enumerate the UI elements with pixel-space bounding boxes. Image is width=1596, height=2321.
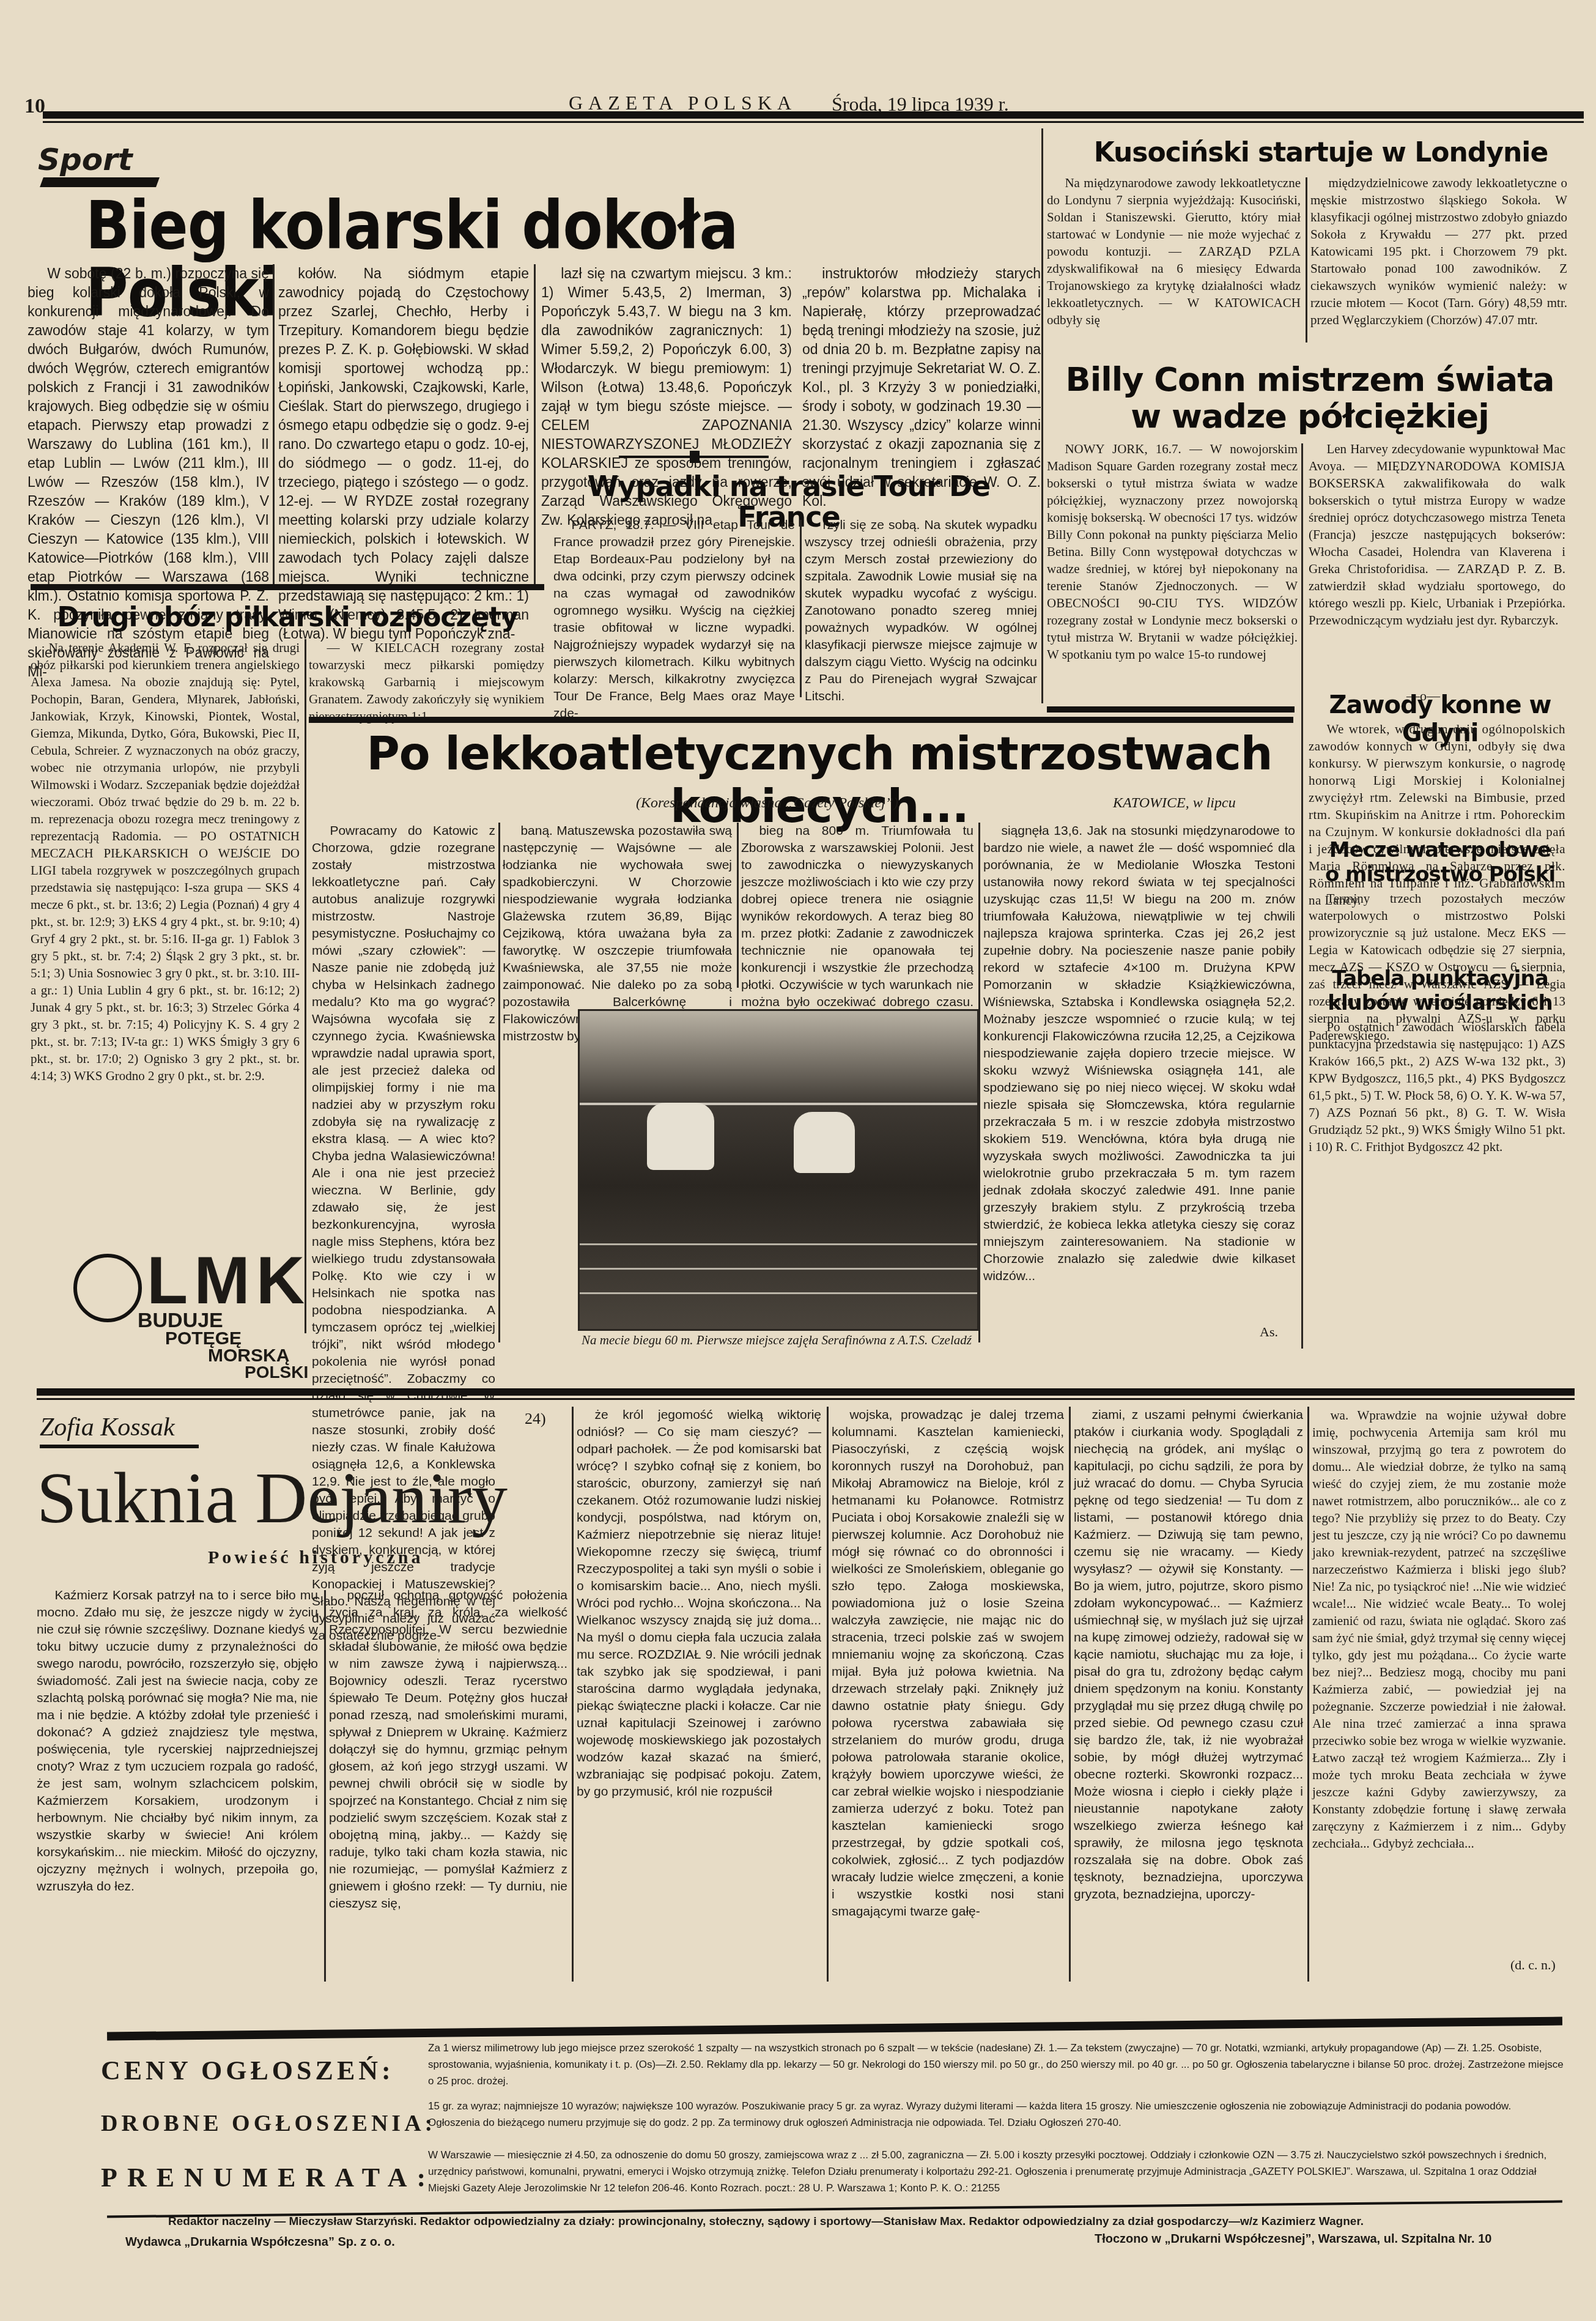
ceny-text: Za 1 wiersz milimetrowy lub jego miejsce… bbox=[428, 2040, 1565, 2089]
column-divider bbox=[1307, 1407, 1309, 1982]
serial-col-4: wojska, prowadząc je dalej trzema kolumn… bbox=[832, 1407, 1064, 1920]
column-divider bbox=[1306, 177, 1307, 342]
column-divider bbox=[572, 1407, 574, 1982]
billy-col-1: NOWY JORK, 16.7. — W nowojorskim Madison… bbox=[1047, 440, 1298, 663]
headline-kobiety: Po lekkoatletycznych mistrzostwach kobie… bbox=[342, 728, 1296, 833]
headline-waterpolo-2: o mistrzostwo Polski bbox=[1306, 862, 1575, 887]
column-divider bbox=[1301, 443, 1303, 1349]
column-divider bbox=[800, 520, 802, 697]
drobne-text: 15 gr. za wyraz; najmniejsze 10 wyrazów;… bbox=[428, 2098, 1565, 2131]
section-rule bbox=[37, 1388, 1575, 1396]
article-rule bbox=[1047, 706, 1295, 713]
kusocinski-col-2: międzydzielnicowe zawody lekkoatletyczne… bbox=[1310, 174, 1567, 328]
oboz-col-1: Na terenie Akademii W. F. rozpoczął się … bbox=[31, 639, 300, 1084]
headline-kusocinski: Kusociński startuje w Londynie bbox=[1088, 138, 1553, 168]
article-rule bbox=[31, 584, 544, 590]
tour-col-1: PARYŻ, 18.7. — VIII etap Tour de France … bbox=[553, 517, 795, 722]
footer-editors: Redaktor naczelny — Mieczysław Starzyńsk… bbox=[168, 2215, 1562, 2229]
prenumerata-text: W Warszawie — miesięcznie zł 4.50, za od… bbox=[428, 2147, 1565, 2196]
serial-episode: 24) bbox=[525, 1410, 546, 1428]
column-divider bbox=[324, 1590, 326, 1982]
author-underline bbox=[40, 1445, 199, 1448]
masthead-rule-thin bbox=[43, 121, 1584, 123]
page-number: 10 bbox=[24, 95, 45, 118]
column-divider bbox=[1041, 128, 1043, 703]
oboz-col-2: — W KIELCACH rozegrany został towarzyski… bbox=[309, 639, 544, 725]
serial-col-2: poczuł ochotną gotowość położenia życia … bbox=[329, 1587, 567, 1912]
headline-wioslarze-2: klubów wioślarskich bbox=[1306, 991, 1575, 1015]
column-divider bbox=[273, 264, 275, 588]
column-divider bbox=[737, 823, 739, 988]
serial-col-1: Kaźmierz Korsak patrzył na to i serce bi… bbox=[37, 1587, 318, 1895]
column-divider bbox=[534, 264, 536, 588]
footer-printer: Tłoczono w „Drukarni Współczesnej”, Wars… bbox=[1095, 2232, 1491, 2246]
column-divider bbox=[498, 823, 500, 1342]
kobiety-col-3: bieg na 800 m. Triumfowała tu Zborowska … bbox=[741, 823, 973, 1028]
prenumerata-label: PRENUMERATA: bbox=[101, 2162, 435, 2193]
serial-continued: (d. c. n.) bbox=[1510, 1957, 1556, 1973]
serial-subtitle: Powieść historyczna bbox=[208, 1547, 423, 1568]
headline-billy-2: w wadze półciężkiej bbox=[1047, 398, 1573, 435]
serial-col-6: wa. Wprawdzie na wojnie używał dobre imi… bbox=[1312, 1407, 1566, 1852]
tour-col-2: rzyli się ze sobą. Na skutek wypadku wsz… bbox=[805, 517, 1037, 705]
kobiety-dateline: KATOWICE, w lipcu bbox=[1113, 795, 1236, 812]
serial-col-5: ziami, z uszami pełnymi ćwierkania ptakó… bbox=[1074, 1407, 1303, 1903]
ceny-label: CENY OGŁOSZEŃ: bbox=[101, 2055, 394, 2086]
headline-waterpolo-1: Mecze waterpolowe bbox=[1306, 838, 1575, 862]
ornament-dot bbox=[690, 451, 700, 463]
article-rule bbox=[309, 717, 1293, 723]
headline-oboz: Drugi obóz piłkarski rozpoczęty bbox=[31, 602, 544, 633]
section-rule-thin bbox=[37, 1398, 1575, 1400]
notices-rule bbox=[107, 2017, 1562, 2041]
kusocinski-col-1: Na międzynarodowe zawody lekkoatletyczne… bbox=[1047, 174, 1301, 328]
billy-col-2: Len Harvey zdecydowanie wypunktował Mac … bbox=[1309, 440, 1565, 629]
photo-caption: Na mecie biegu 60 m. Pierwsze miejsce za… bbox=[578, 1332, 975, 1348]
column-divider bbox=[1069, 1407, 1071, 1982]
headline-wioslarze-1: Tabela punktacyjna bbox=[1306, 966, 1575, 991]
kobiety-col-4: siągnęła 13,6. Jak na stosunki międzynar… bbox=[983, 823, 1295, 1285]
globe-ship-wheel-icon bbox=[73, 1254, 142, 1322]
advert-slogan-4: POLSKI bbox=[245, 1363, 308, 1382]
kobiety-signature: As. bbox=[1260, 1324, 1278, 1340]
column-divider bbox=[827, 1407, 829, 1982]
section-underline bbox=[40, 177, 160, 187]
headline-billy-1: Billy Conn mistrzem świata bbox=[1047, 361, 1573, 399]
drobne-label: DROBNE OGŁOSZENIA: bbox=[101, 2110, 436, 2137]
kobiety-byline: (Korespondencja własna „Gazety Polskiej”… bbox=[636, 795, 898, 812]
masthead-rule bbox=[43, 111, 1584, 119]
serial-col-3: że król jegomość wielką wiktorię odniósł… bbox=[577, 1407, 821, 1801]
column-divider bbox=[305, 639, 306, 1333]
advert-brand: LMK bbox=[147, 1242, 311, 1319]
race-finish-photo bbox=[578, 1009, 979, 1331]
section-label: Sport bbox=[38, 142, 133, 177]
wioslarze-body: Po ostatnich zawodach wioślarskich tabel… bbox=[1309, 1018, 1565, 1155]
footer-publisher: Wydawca „Drukarnia Współczesna” Sp. z o.… bbox=[125, 2235, 395, 2249]
serial-title: Suknia Dejaniry bbox=[37, 1459, 508, 1538]
serial-author: Zofia Kossak bbox=[40, 1413, 175, 1442]
